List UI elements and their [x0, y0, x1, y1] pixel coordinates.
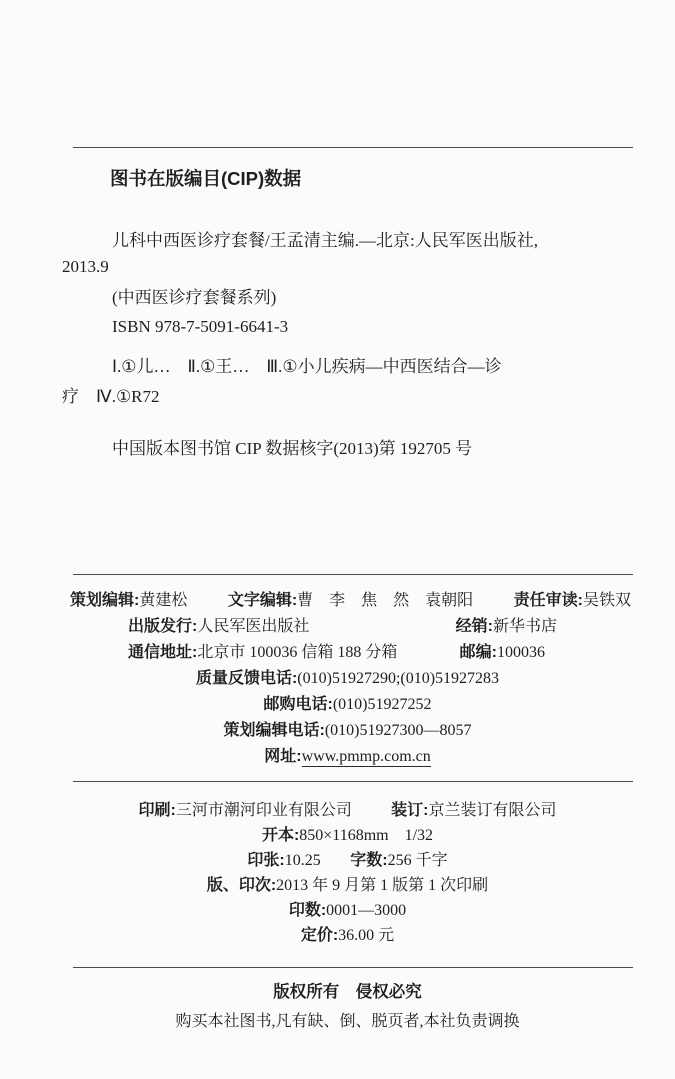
- binder-value: 京兰装订有限公司: [428, 802, 556, 819]
- print-run-value: 0001—3000: [326, 902, 406, 919]
- binder-label: 装订:: [391, 802, 428, 819]
- printing-section: 印刷:三河市潮河印业有限公司 装订:京兰装订有限公司 开本:850×1168mm…: [0, 782, 675, 959]
- feedback-phone-label: 质量反馈电话:: [196, 670, 297, 687]
- sheets: 印张:10.25: [247, 852, 320, 869]
- publisher-value: 人民军医出版社: [197, 618, 309, 635]
- cip-isbn-line: ISBN 978-7-5091-6641-3: [62, 314, 633, 340]
- cip-heading: 图书在版编目(CIP)数据: [110, 165, 633, 191]
- edition-value: 2013 年 9 月第 1 版第 1 次印刷: [276, 877, 488, 894]
- cip-classification-line1: Ⅰ.①儿… Ⅱ.①王… Ⅲ.①小儿疾病—中西医结合—诊: [62, 354, 633, 380]
- cip-record-line: 中国版本图书馆 CIP 数据核字(2013)第 192705 号: [62, 436, 633, 462]
- text-editors-label: 文字编辑:: [228, 592, 297, 609]
- copyright-notice: 版权所有 侵权必究: [62, 982, 633, 1002]
- printer: 印刷:三河市潮河印业有限公司: [139, 802, 352, 819]
- mailing-address-label: 通信地址:: [128, 644, 197, 661]
- format-value: 850×1168mm 1/32: [299, 827, 433, 844]
- planning-editor: 策划编辑:黄建松: [70, 591, 187, 611]
- price-value: 36.00 元: [338, 927, 394, 944]
- feedback-phone-value: (010)51927290;(010)51927283: [297, 670, 499, 687]
- proofreader-label: 责任审读:: [514, 592, 583, 609]
- price-label: 定价:: [301, 927, 338, 944]
- word-count-label: 字数:: [350, 852, 387, 869]
- publisher-label: 出版发行:: [128, 618, 197, 635]
- website-url: www.pmmp.com.cn: [302, 748, 431, 767]
- print-run-label: 印数:: [289, 902, 326, 919]
- feedback-phone-row: 质量反馈电话:(010)51927290;(010)51927283: [62, 669, 633, 689]
- printer-label: 印刷:: [139, 802, 176, 819]
- address-row: 通信地址:北京市 100036 信箱 188 分箱 邮编:100036: [62, 643, 633, 663]
- cip-series-line: (中西医诊疗套餐系列): [62, 285, 633, 311]
- distributor: 经销:新华书店: [456, 617, 557, 637]
- editors-row: 策划编辑:黄建松 文字编辑:曹 李 焦 然 袁朝阳 责任审读:吴铁双: [62, 591, 633, 611]
- website-label: 网址:: [264, 748, 301, 765]
- sheets-label: 印张:: [247, 852, 284, 869]
- editor-phone-row: 策划编辑电话:(010)51927300—8057: [62, 721, 633, 741]
- distributor-value: 新华书店: [493, 618, 557, 635]
- word-count-value: 256 千字: [388, 852, 448, 869]
- proofreader-value: 吴铁双: [583, 592, 631, 609]
- proofreader: 责任审读:吴铁双: [514, 591, 631, 611]
- binder: 装订:京兰装订有限公司: [391, 802, 556, 819]
- postal-code-label: 邮编:: [460, 644, 497, 661]
- mail-order-phone-label: 邮购电话:: [264, 696, 333, 713]
- planning-editor-value: 黄建松: [139, 592, 187, 609]
- cip-title-line1: 儿科中西医诊疗套餐/王孟清主编.—北京:人民军医出版社,: [62, 228, 633, 254]
- text-editors-value: 曹 李 焦 然 袁朝阳: [297, 592, 473, 609]
- exchange-policy: 购买本社图书,凡有缺、倒、脱页者,本社负责调换: [62, 1012, 633, 1032]
- postal-code-value: 100036: [497, 644, 545, 661]
- distributor-label: 经销:: [456, 618, 493, 635]
- printer-value: 三河市潮河印业有限公司: [176, 802, 352, 819]
- format-label: 开本:: [262, 827, 299, 844]
- cip-title-line2: 2013.9: [62, 254, 633, 280]
- sheets-value: 10.25: [285, 852, 321, 869]
- print-run-row: 印数:0001—3000: [62, 901, 633, 920]
- mailing-address-value: 北京市 100036 信箱 188 分箱: [197, 644, 397, 661]
- cip-section: 图书在版编目(CIP)数据 儿科中西医诊疗套餐/王孟清主编.—北京:人民军医出版…: [0, 148, 675, 462]
- word-count: 字数:256 千字: [350, 852, 447, 869]
- publisher-section: 策划编辑:黄建松 文字编辑:曹 李 焦 然 袁朝阳 责任审读:吴铁双 出版发行:…: [0, 575, 675, 781]
- mail-order-phone-value: (010)51927252: [333, 696, 432, 713]
- printer-binder-row: 印刷:三河市潮河印业有限公司 装订:京兰装订有限公司: [62, 801, 633, 820]
- copyright-section: 版权所有 侵权必究 购买本社图书,凡有缺、倒、脱页者,本社负责调换: [0, 968, 675, 1032]
- publisher-row: 出版发行:人民军医出版社 经销:新华书店: [62, 617, 633, 637]
- postal-code: 邮编:100036: [460, 643, 545, 663]
- price-row: 定价:36.00 元: [62, 926, 633, 945]
- cip-classification-line2: 疗 Ⅳ.①R72: [62, 384, 633, 410]
- editor-phone-label: 策划编辑电话:: [224, 722, 325, 739]
- format-row: 开本:850×1168mm 1/32: [62, 826, 633, 845]
- planning-editor-label: 策划编辑:: [70, 592, 139, 609]
- mail-order-phone-row: 邮购电话:(010)51927252: [62, 695, 633, 715]
- book-copyright-page: { "colors": { "paper": "#fbfbfa", "ink":…: [0, 0, 675, 1079]
- editor-phone-value: (010)51927300—8057: [325, 722, 472, 739]
- sheets-wordcount-row: 印张:10.25 字数:256 千字: [62, 851, 633, 870]
- edition-label: 版、印次:: [207, 877, 276, 894]
- text-editors: 文字编辑:曹 李 焦 然 袁朝阳: [228, 591, 473, 611]
- mailing-address: 通信地址:北京市 100036 信箱 188 分箱: [128, 643, 397, 663]
- website-row: 网址:www.pmmp.com.cn: [62, 747, 633, 767]
- edition-row: 版、印次:2013 年 9 月第 1 版第 1 次印刷: [62, 876, 633, 895]
- publisher: 出版发行:人民军医出版社: [128, 617, 309, 637]
